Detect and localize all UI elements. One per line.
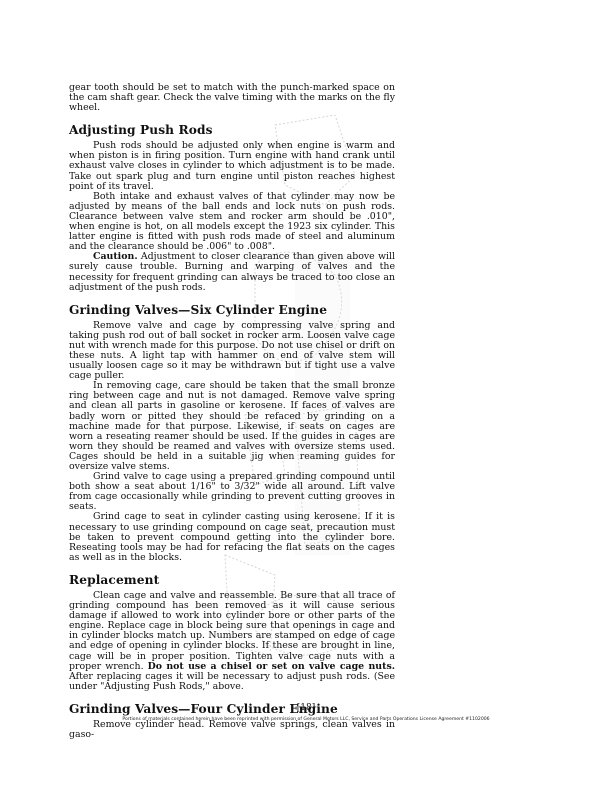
paragraph: In removing cage, care should be taken t… (69, 381, 395, 472)
heading-replacement: Replacement (69, 573, 395, 587)
caution-paragraph: Caution. Adjustment to closer clearance … (69, 252, 395, 292)
paragraph: Grind valve to cage using a prepared gri… (69, 472, 395, 512)
page-number: [18] (0, 703, 612, 713)
replacement-paragraph: Clean cage and valve and reassemble. Be … (69, 591, 395, 692)
paragraph: Remove cylinder head. Remove valve sprin… (69, 720, 395, 740)
page-body: gear tooth should be set to match with t… (69, 83, 395, 740)
paragraph: Push rods should be adjusted only when e… (69, 141, 395, 191)
heading-grinding-valves-six: Grinding Valves—Six Cylinder Engine (69, 303, 395, 317)
intro-paragraph: gear tooth should be set to match with t… (69, 83, 395, 113)
footer-license-notice: Portions of materials contained herein h… (0, 717, 612, 722)
paragraph: Grind cage to seat in cylinder casting u… (69, 512, 395, 562)
paragraph: Both intake and exhaust valves of that c… (69, 192, 395, 253)
text-span: Clean cage and valve and reassemble. Be … (69, 590, 395, 672)
text-span: After replacing cages it will be necessa… (69, 671, 395, 692)
paragraph: Remove valve and cage by compressing val… (69, 321, 395, 382)
heading-adjusting-push-rods: Adjusting Push Rods (69, 123, 395, 137)
document-page: gear tooth should be set to match with t… (0, 0, 612, 792)
